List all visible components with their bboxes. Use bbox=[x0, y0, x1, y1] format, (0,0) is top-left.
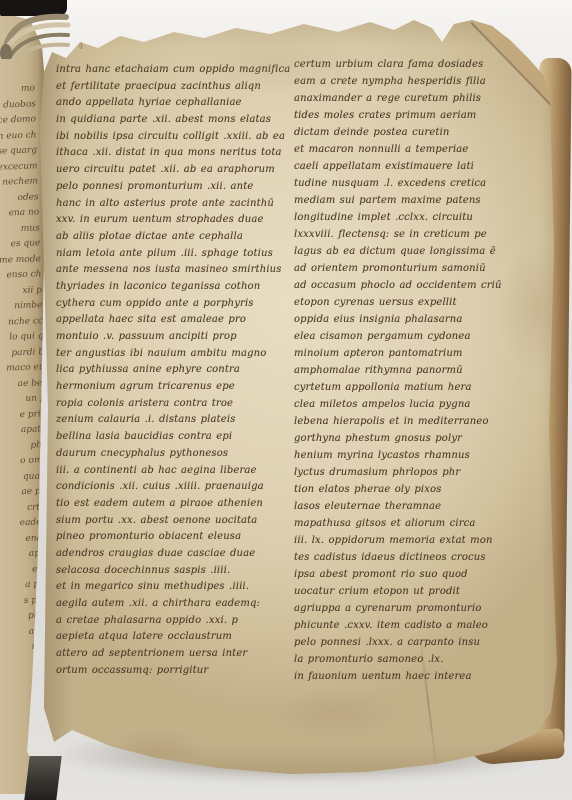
text-line: in quidiana parte .xii. abest mons elata… bbox=[56, 112, 296, 129]
text-line: intra hanc etachaiam cum oppido magnific… bbox=[56, 62, 296, 79]
text-fragment: enso ch bbox=[0, 267, 42, 284]
text-line: pineo promonturio obiacent eleusa bbox=[56, 529, 296, 546]
text-fragment: edm bbox=[5, 562, 52, 579]
text-fragment: a paw bbox=[6, 577, 53, 594]
text-line: thyriades in laconico teganissa cothon bbox=[56, 279, 296, 296]
text-line: ipsa abest promont rio suo quod bbox=[294, 566, 558, 583]
text-fragment: o omo bbox=[2, 453, 49, 470]
text-line: elea cisamon pergamum cydonea bbox=[294, 328, 558, 345]
text-fragment: ce domo bbox=[0, 112, 36, 129]
text-fragment: apno bbox=[5, 546, 52, 563]
text-line: tudine nusquam .l. excedens cretica bbox=[294, 175, 558, 192]
text-fragment: apath bbox=[1, 422, 48, 439]
text-line: certum urbium clara fama dosiades bbox=[294, 56, 558, 73]
text-line: ando appellata hyriae cephallaniae bbox=[56, 95, 296, 112]
text-line: eam a crete nympha hesperidis filia bbox=[294, 73, 558, 90]
text-fragment: ae bel bbox=[0, 376, 45, 393]
text-line: cyrtetum appollonia matium hera bbox=[294, 379, 558, 396]
text-line: pelo ponnesi promonturium .xii. ante bbox=[56, 179, 296, 196]
text-line: ad occasum phoclo ad occidentem criū bbox=[294, 277, 558, 294]
rolled-parchment-curl-icon bbox=[0, 9, 72, 59]
text-line: ithaca .xii. distat in qua mons neritus … bbox=[56, 145, 296, 162]
text-line: lxxxviii. flectensq: se in creticum pe bbox=[294, 226, 558, 243]
text-fragment: xii p bbox=[0, 283, 42, 300]
text-line: niam letoia ante pilum .iii. sphage toti… bbox=[56, 246, 296, 263]
text-line: ropia colonis aristera contra troe bbox=[56, 396, 296, 413]
text-line: longitudine implet .cclxx. circuitu bbox=[294, 209, 558, 226]
text-line: pelo ponnesi .lxxx. a carpanto insu bbox=[294, 634, 558, 651]
text-fragment: ena d bbox=[4, 531, 51, 548]
text-line: et fertilitate praecipua zacinthus aliqn bbox=[56, 79, 296, 96]
text-fragment: mo bbox=[0, 81, 35, 98]
text-line: mediam sui partem maxime patens bbox=[294, 192, 558, 209]
text-fragment: mus bbox=[0, 221, 40, 238]
text-line: hanc in alto asterius prote ante zacinth… bbox=[56, 196, 296, 213]
text-line: ante messena nos iusta masineo smirthius bbox=[56, 262, 296, 279]
text-column-left: intra hanc etachaiam cum oppido magnific… bbox=[56, 62, 296, 679]
text-line: phicunte .cxxv. item cadisto a maleo bbox=[294, 617, 558, 634]
text-line: gorthyna phestum gnosus polyr bbox=[294, 430, 558, 447]
text-line: lebena hierapolis et in mediterraneo bbox=[294, 413, 558, 430]
text-line: amphomalae rithymna panormū bbox=[294, 362, 558, 379]
text-fragment: phe bbox=[1, 438, 48, 455]
text-line: tes cadistus idaeus dictineos crocus bbox=[294, 549, 558, 566]
text-line: minoium apteron pantomatrium bbox=[294, 345, 558, 362]
text-line: iii. a continenti ab hac aegina liberae bbox=[56, 463, 296, 480]
text-line: uero circuitu patet .xii. ab ea araphoru… bbox=[56, 162, 296, 179]
text-fragment: ae pal bbox=[3, 484, 50, 501]
text-line: ibi nobilis ipsa circuitu colligit .xxii… bbox=[56, 129, 296, 146]
text-fragment: m euo ch bbox=[0, 128, 37, 145]
text-line: lica pythiussa anine ephyre contra bbox=[56, 362, 296, 379]
text-line: in fauonium uentum haec interea bbox=[294, 668, 558, 685]
text-line: ter angustias ibi nauium ambitu magno bbox=[56, 346, 296, 363]
text-fragment: nse quarg bbox=[0, 143, 37, 160]
text-line: la promonturio samoneo .lx. bbox=[294, 651, 558, 668]
text-line: tides moles crates primum aeriam bbox=[294, 107, 558, 124]
text-line: uocatur crium etopon ut prodit bbox=[294, 583, 558, 600]
text-line: attero ad septentrionem uersa inter bbox=[56, 646, 296, 663]
text-line: et macaron nonnulli a temperiae bbox=[294, 141, 558, 158]
manuscript-page: cap xii lib 4 intra hanc etachaiam cum o… bbox=[36, 8, 568, 790]
text-line: caeli appellatam existimauere lati bbox=[294, 158, 558, 175]
text-fragment: pardi b bbox=[0, 345, 44, 362]
text-line: adendros craugias duae casciae duae bbox=[56, 546, 296, 563]
text-line: aepieta atqua latere occlaustrum bbox=[56, 629, 296, 646]
text-fragment: nc duobos bbox=[0, 97, 36, 114]
text-line: xxv. in eurum uentum strophades duae bbox=[56, 212, 296, 229]
text-fragment: me mode bbox=[0, 252, 41, 269]
text-line: zenium calauria .i. distans plateis bbox=[56, 412, 296, 429]
text-fragment: es que bbox=[0, 236, 41, 253]
text-line: hermonium agrum tricarenus epe bbox=[56, 379, 296, 396]
text-line: dictam deinde postea curetin bbox=[294, 124, 558, 141]
spine-shadow bbox=[24, 756, 61, 800]
text-line: anaximander a rege curetum philis bbox=[294, 90, 558, 107]
text-line: condicionis .xii. cuius .xiiii. praenaui… bbox=[56, 479, 296, 496]
text-line: et in megarico sinu methudipes .iiii. bbox=[56, 579, 296, 596]
text-fragment: e prio bbox=[0, 407, 47, 424]
digitized-manuscript-photo: monc duobosce domom euo chnse quargexcec… bbox=[0, 0, 572, 800]
text-fragment: eadem bbox=[4, 515, 51, 532]
text-fragment: e nechem bbox=[0, 174, 38, 191]
text-line: sium portu .xx. abest oenone uocitata bbox=[56, 513, 296, 530]
text-line: agriuppa a cyrenarum promonturio bbox=[294, 600, 558, 617]
text-line: selacosa docechinnus saspis .iiii. bbox=[56, 563, 296, 580]
text-line: lagus ab ea dictum quae longissima ē bbox=[294, 243, 558, 260]
text-line: tion elatos pherae oly pixos bbox=[294, 481, 558, 498]
text-fragment: quam bbox=[2, 469, 49, 486]
text-line: ad orientem promonturium samoniū bbox=[294, 260, 558, 277]
text-line: tio est eadem autem a piraoe athenien bbox=[56, 496, 296, 513]
text-line: cythera cum oppido ante a porphyris bbox=[56, 296, 296, 313]
text-line: etopon cyrenas uersus expellit bbox=[294, 294, 558, 311]
text-line: appellata haec sita est amaleae pro bbox=[56, 312, 296, 329]
text-line: daurum cnecyphalus pythonesos bbox=[56, 446, 296, 463]
text-line: lasos eleuternae theramnae bbox=[294, 498, 558, 515]
text-line: oppida eius insignia phalasarna bbox=[294, 311, 558, 328]
text-fragment: un p bbox=[0, 391, 46, 408]
text-line: henium myrina lycastos rhamnus bbox=[294, 447, 558, 464]
text-line: clea miletos ampelos lucia pygna bbox=[294, 396, 558, 413]
text-line: lyctus drumasium phrlopos phr bbox=[294, 464, 558, 481]
text-line: a cretae phalasarna oppido .xxi. p bbox=[56, 613, 296, 630]
text-fragment: crttu bbox=[3, 500, 50, 517]
text-fragment: nche cc bbox=[0, 314, 43, 331]
text-column-right: certum urbium clara fama dosiadeseam a c… bbox=[294, 56, 558, 685]
text-fragment: ena no bbox=[0, 205, 39, 222]
text-line: ab aliis plotae dictae ante cephalla bbox=[56, 229, 296, 246]
text-line: ortum occassumq: porrigitur bbox=[56, 663, 296, 680]
text-fragment: lo qui q bbox=[0, 329, 44, 346]
text-line: bellina lasia baucidias contra epi bbox=[56, 429, 296, 446]
text-line: mapathusa gitsos et aliorum circa bbox=[294, 515, 558, 532]
text-fragment: excecum bbox=[0, 159, 38, 176]
text-fragment: nimbe bbox=[0, 298, 43, 315]
text-fragment: odes bbox=[0, 190, 39, 207]
text-line: aegila autem .xii. a chirthara eademq: bbox=[56, 596, 296, 613]
text-line: montuio .v. passuum ancipiti prop bbox=[56, 329, 296, 346]
text-fragment: maco eu bbox=[0, 360, 45, 377]
text-line: iii. lx. oppidorum memoria extat mon bbox=[294, 532, 558, 549]
